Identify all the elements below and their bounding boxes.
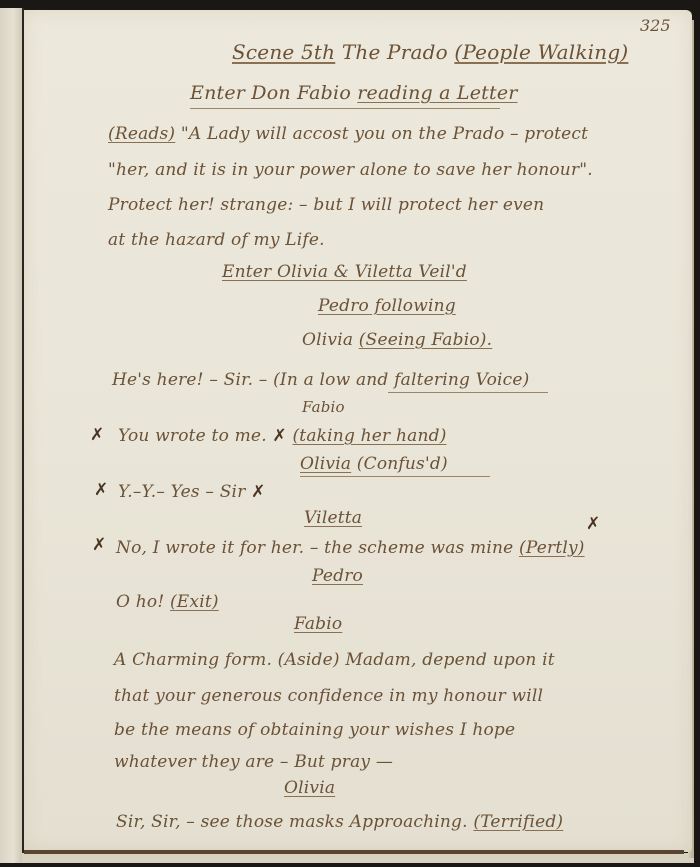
entry-prefix: Enter Don Fabio	[190, 82, 351, 104]
speaker-name: Pedro	[312, 566, 363, 586]
letter-line-1: (Reads) "A Lady will accost you on the P…	[108, 124, 588, 144]
speech-line: No, I wrote it for her. – the scheme was…	[116, 538, 585, 558]
speech-text: Sir, Sir, – see those masks Approaching.	[116, 812, 468, 832]
book-spine	[0, 8, 24, 863]
x-margin-mark-icon: ✗	[94, 480, 108, 500]
x-margin-mark-icon: ✗	[92, 535, 106, 555]
speaker-name: Viletta	[304, 508, 362, 528]
speech-line-1: A Charming form. (Aside) Madam, depend u…	[114, 650, 555, 670]
stage-direction: (Seeing Fabio).	[359, 330, 492, 350]
speaker-name: Fabio	[294, 614, 342, 634]
speech-line-3: be the means of obtaining your wishes I …	[114, 720, 515, 740]
speech-text: O ho!	[116, 592, 164, 612]
entry-fabio: Enter Don Fabio reading a Letter	[190, 82, 518, 104]
speaker-name: Olivia	[284, 778, 335, 798]
stage-direction: (Confus'd)	[357, 454, 448, 474]
speech-line-2: that your generous confidence in my hono…	[114, 686, 543, 706]
speech-line: You wrote to me. ✗ (taking her hand)	[118, 426, 447, 446]
speech-text: No, I wrote it for her. – the scheme was…	[116, 538, 513, 558]
speaker-name: Olivia	[302, 330, 353, 350]
speech-line-4: whatever they are – But pray —	[114, 752, 393, 772]
stage-direction: (Pertly)	[519, 538, 585, 558]
x-inline-mark-icon: ✗	[251, 482, 265, 502]
speech-line: O ho! (Exit)	[116, 592, 219, 612]
scene-number: Scene 5th	[232, 40, 335, 64]
underlying-page-edge	[22, 853, 694, 863]
speech-line: Y.–Y.– Yes – Sir ✗	[118, 482, 266, 502]
entry-pedro: Pedro following	[318, 296, 456, 316]
speaker-name: Fabio	[302, 398, 345, 416]
stage-direction: (taking her hand)	[292, 426, 446, 446]
reads-direction: (Reads)	[108, 124, 175, 144]
letter-text: "A Lady will accost you on the Prado – p…	[181, 124, 588, 144]
letter-line-2: "her, and it is in your power alone to s…	[108, 160, 593, 180]
letter-line-4: at the hazard of my Life.	[108, 230, 325, 250]
speaker-rule	[300, 476, 490, 477]
speaker-heading: Olivia (Seeing Fabio).	[302, 330, 492, 350]
x-mark-above-icon: ✗	[586, 514, 600, 534]
speech-text: Y.–Y.– Yes – Sir	[118, 482, 246, 502]
speech-line: Sir, Sir, – see those masks Approaching.…	[116, 812, 563, 832]
scene-location: The Prado	[342, 40, 448, 64]
page-bottom-edge	[24, 850, 684, 854]
stage-direction: (Terrified)	[473, 812, 563, 832]
direction-rule	[388, 392, 548, 393]
x-margin-mark-icon: ✗	[90, 425, 104, 445]
x-inline-mark-icon: ✗	[272, 426, 286, 446]
speaker-heading: Olivia (Confus'd)	[300, 454, 448, 474]
entry-olivia-viletta: Enter Olivia & Viletta Veil'd	[222, 262, 467, 282]
speech-text: You wrote to me.	[118, 426, 267, 446]
entry-action: reading a Letter	[357, 82, 517, 104]
scene-heading: Scene 5th The Prado (People Walking)	[232, 40, 628, 64]
stage-direction: (Exit)	[170, 592, 219, 612]
speaker-name: Olivia	[300, 454, 351, 474]
entry-rule	[190, 108, 500, 109]
scene-direction: (People Walking)	[454, 40, 628, 64]
speech-text: He's here! – Sir. – (In a low and falter…	[112, 370, 529, 390]
letter-line-3: Protect her! strange: – but I will prote…	[108, 195, 544, 215]
folio-number: 325	[640, 16, 671, 35]
